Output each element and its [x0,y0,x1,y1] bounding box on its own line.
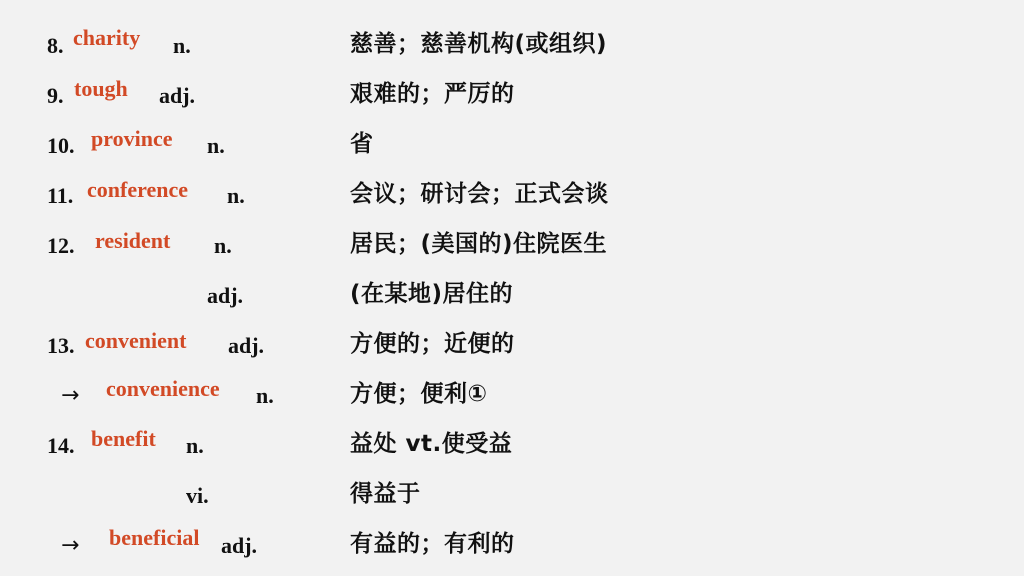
part-of-speech: n. [207,135,225,157]
part-of-speech: n. [256,385,274,407]
entry-number: 14. [47,435,75,457]
entry-number: 12. [47,235,75,257]
definition: 居民；(美国的)住院医生 [350,233,607,256]
definition: 得益于 [350,483,421,506]
definition: 艰难的；严厉的 [350,83,515,106]
part-of-speech: n. [173,35,191,57]
vocabulary-slide: 8. charity n. 慈善；慈善机构(或组织) 9. tough adj.… [0,0,1024,576]
part-of-speech: adj. [207,285,243,307]
entry-number: 13. [47,335,75,357]
part-of-speech: adj. [159,85,195,107]
definition: 方便的；近便的 [350,333,515,356]
definition: 慈善；慈善机构(或组织) [350,33,607,56]
part-of-speech: adj. [221,535,257,557]
answer-word: conference [87,179,188,201]
answer-word: convenient [85,330,186,352]
definition: 有益的；有利的 [350,533,515,556]
entry-number: 11. [47,185,73,207]
answer-word: tough [74,78,128,100]
part-of-speech: n. [214,235,232,257]
entry-number: 10. [47,135,75,157]
answer-word: charity [73,27,140,49]
definition: 益处 vt.使受益 [350,433,512,456]
part-of-speech: n. [186,435,204,457]
part-of-speech: n. [227,185,245,207]
definition: (在某地)居住的 [350,283,513,306]
entry-number: 8. [47,35,64,57]
derivation-arrow-icon: → [61,535,79,557]
answer-word: beneficial [109,527,199,549]
answer-word: convenience [106,378,220,400]
definition: 会议；研讨会；正式会谈 [350,183,609,206]
definition: 省 [350,133,374,156]
part-of-speech: vi. [186,485,209,507]
answer-word: resident [95,230,170,252]
derivation-arrow-icon: → [61,385,79,407]
answer-word: benefit [91,428,156,450]
definition: 方便；便利① [350,383,487,406]
answer-word: province [91,128,172,150]
entry-number: 9. [47,85,64,107]
part-of-speech: adj. [228,335,264,357]
